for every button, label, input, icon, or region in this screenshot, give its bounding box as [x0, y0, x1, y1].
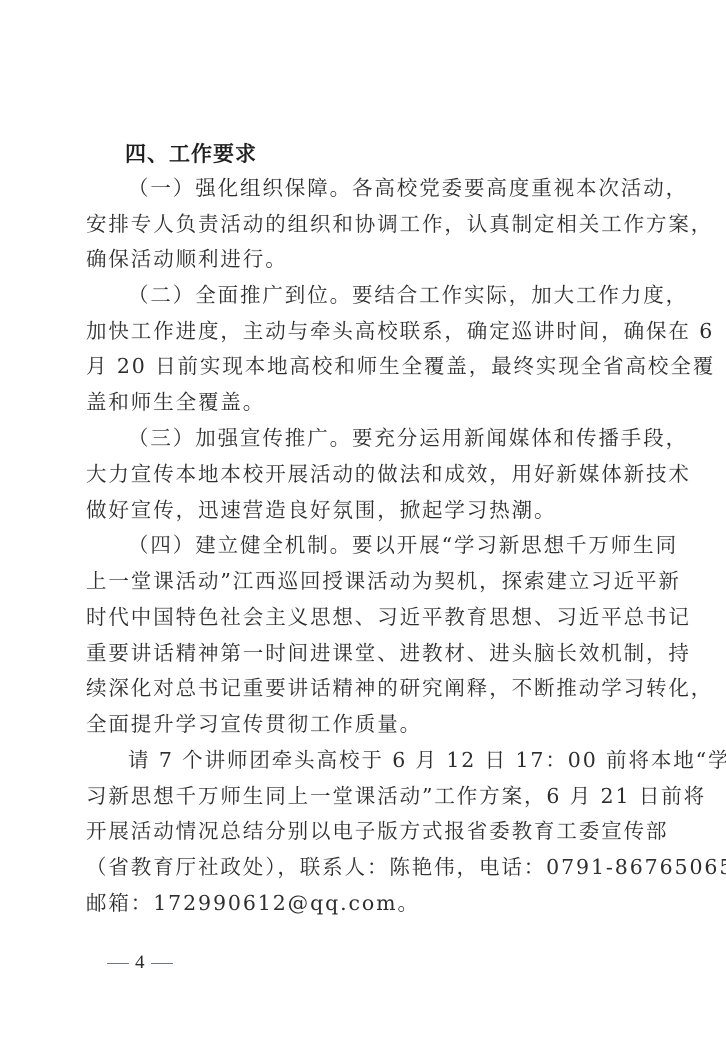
text-line: 月 20 日前实现本地高校和师生全覆盖，最终实现全省高校全覆	[86, 353, 646, 379]
text-line: （四）建立健全机制。要以开展“学习新思想千万师生同	[128, 532, 688, 558]
text-line: 盖和师生全覆盖。	[86, 389, 646, 415]
text-line: 做好宣传，迅速营造良好氛围，掀起学习热潮。	[86, 497, 646, 523]
text-line: 上一堂课活动”江西巡回授课活动为契机，探索建立习近平新	[86, 568, 646, 594]
text-line: （三）加强宣传推广。要充分运用新闻媒体和传播手段，	[128, 425, 688, 451]
text-line: 确保活动顺利进行。	[86, 246, 646, 272]
text-line: 加快工作进度，主动与牵头高校联系，确定巡讲时间，确保在 6	[86, 318, 646, 344]
text-line: 开展活动情况总结分别以电子版方式报省委教育工委宣传部	[86, 818, 646, 844]
text-line: 请 7 个讲师团牵头高校于 6 月 12 日 17：00 前将本地“学	[128, 747, 688, 773]
text-line: 重要讲话精神第一时间进课堂、进教材、进头脑长效机制，持	[86, 640, 646, 666]
text-line: 全面提升学习宣传贯彻工作质量。	[86, 711, 646, 737]
dash-left	[107, 963, 129, 965]
page-number: 4	[101, 952, 179, 974]
text-line: （省教育厅社政处），联系人：陈艳伟，电话：0791-86765065，	[86, 854, 646, 880]
text-line: 大力宣传本地本校开展活动的做法和成效，用好新媒体新技术	[86, 461, 646, 487]
text-line: （一）强化组织保障。各高校党委要高度重视本次活动，	[128, 175, 688, 201]
text-line: 时代中国特色社会主义思想、习近平教育思想、习近平总书记	[86, 604, 646, 630]
section-heading: 四、工作要求	[125, 138, 257, 168]
text-line: 习新思想千万师生同上一堂课活动”工作方案，6 月 21 日前将	[86, 783, 646, 809]
text-line: 安排专人负责活动的组织和协调工作，认真制定相关工作方案，	[86, 211, 646, 237]
text-line: 续深化对总书记重要讲话精神的研究阐释，不断推动学习转化，	[86, 675, 646, 701]
text-line: 邮箱：172990612@qq.com。	[86, 890, 646, 916]
document-page: 四、工作要求 （一）强化组织保障。各高校党委要高度重视本次活动， 安排专人负责活…	[0, 0, 726, 1050]
dash-right	[151, 963, 173, 965]
text-line: （二）全面推广到位。要结合工作实际，加大工作力度，	[128, 282, 688, 308]
page-number-value: 4	[135, 952, 145, 973]
